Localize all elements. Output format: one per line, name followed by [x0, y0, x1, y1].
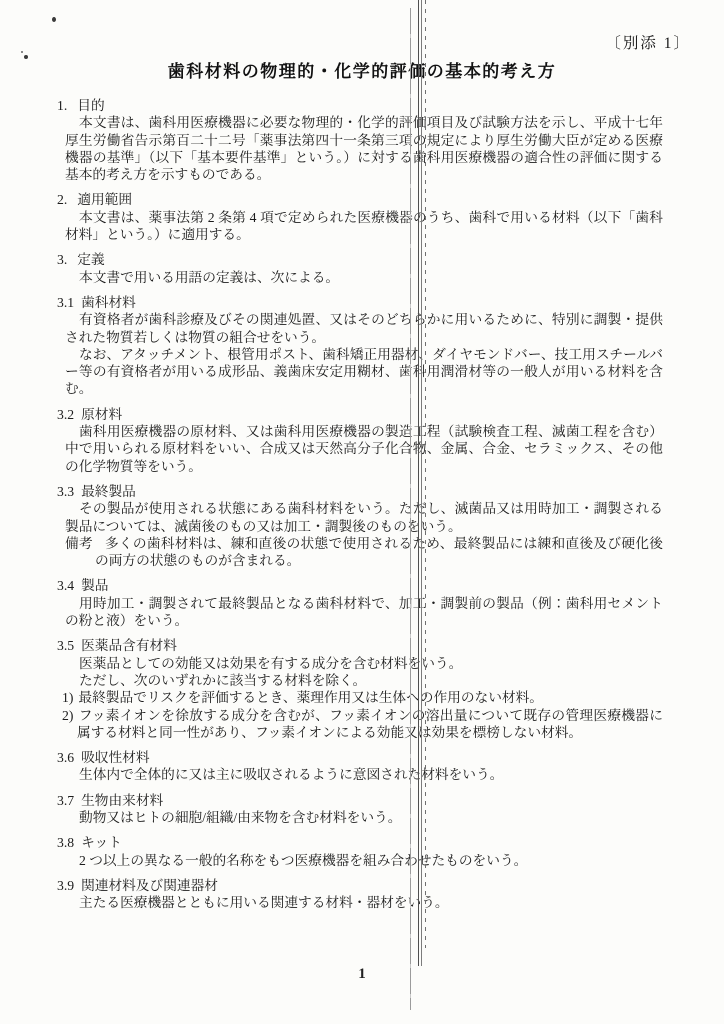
section-heading: 3.1歯科材料 [57, 294, 663, 311]
list-item-number: 2) [62, 708, 73, 723]
note-paragraph: 備考多くの歯科材料は、練和直後の状態で使用されるため、最終製品には練和直後及び硬… [65, 535, 663, 570]
section-number: 3.4 [57, 578, 74, 593]
section-3-4-product: 3.4製品 用時加工・調製されて最終製品となる歯科材料で、加工・調製前の製品（例… [57, 569, 663, 629]
list-item-text: 最終製品でリスクを評価するとき、薬理作用又は生体への作用のない材料。 [78, 690, 543, 705]
attachment-tag: 〔別添 1〕 [605, 31, 691, 53]
paragraph: 有資格者が歯科診療及びその関連処置、又はそのどちらかに用いるために、特別に調製・… [65, 311, 663, 346]
section-heading: 3.4製品 [57, 577, 663, 594]
paragraph: 用時加工・調製されて最終製品となる歯科材料で、加工・調製前の製品（例：歯科用セメ… [65, 595, 663, 630]
list-item-number: 1) [62, 690, 73, 705]
section-title: 原材料 [81, 407, 122, 422]
section-1-purpose: 1.目的 本文書は、歯科用医療機器に必要な物理的・化学的評価項目及び試験方法を示… [57, 97, 663, 183]
paragraph: 主たる医療機器とともに用いる関連する材料・器材をいう。 [65, 894, 663, 911]
scan-speck [24, 55, 28, 59]
section-title: 製品 [81, 578, 108, 593]
section-heading: 1.目的 [57, 97, 663, 114]
document-page: 〔別添 1〕 歯科材料の物理的・化学的評価の基本的考え方 1.目的 本文書は、歯… [0, 0, 724, 1024]
section-heading: 3.7生物由来材料 [57, 792, 663, 809]
paragraph: 動物又はヒトの細胞/組織/由来物を含む材料をいう。 [65, 809, 663, 826]
section-heading: 2.適用範囲 [57, 191, 663, 208]
section-3-5-drug-containing-materials: 3.5医薬品含有材料 医薬品としての効能又は効果を有する成分を含む材料をいう。 … [57, 629, 663, 741]
section-title: 最終製品 [81, 484, 136, 499]
section-number: 3.8 [57, 835, 74, 850]
section-3-1-dental-materials: 3.1歯科材料 有資格者が歯科診療及びその関連処置、又はそのどちらかに用いるため… [57, 286, 663, 398]
section-heading: 3.8キット [57, 834, 663, 851]
paragraph: 医薬品としての効能又は効果を有する成分を含む材料をいう。 [65, 655, 663, 672]
section-number: 3.9 [57, 878, 74, 893]
paragraph: その製品が使用される状態にある歯科材料をいう。ただし、滅菌品又は用時加工・調製さ… [65, 500, 663, 535]
section-number: 3.1 [57, 295, 74, 310]
section-title: 生物由来材料 [81, 793, 163, 808]
paragraph: 本文書で用いる用語の定義は、次による。 [65, 269, 663, 286]
section-title: 定義 [77, 252, 104, 267]
section-3-definitions: 3.定義 本文書で用いる用語の定義は、次による。 [57, 243, 663, 286]
note-label: 備考 [65, 536, 93, 551]
paragraph: 歯科用医療機器の原材料、又は歯科用医療機器の製造工程（試験検査工程、滅菌工程を含… [65, 423, 663, 475]
section-heading: 3.2原材料 [57, 406, 663, 423]
scan-fold-line-dotted [425, 0, 426, 948]
document-title: 歯科材料の物理的・化学的評価の基本的考え方 [0, 57, 724, 82]
paragraph: 本文書は、薬事法第 2 条第 4 項で定められた医療機器のうち、歯科で用いる材料… [65, 209, 663, 244]
scan-fold-line [410, 8, 411, 1010]
section-3-9-related-materials: 3.9関連材料及び関連器材 主たる医療機器とともに用いる関連する材料・器材をいう… [57, 869, 663, 912]
section-3-2-raw-materials: 3.2原材料 歯科用医療機器の原材料、又は歯科用医療機器の製造工程（試験検査工程… [57, 398, 663, 475]
section-number: 3.2 [57, 407, 74, 422]
section-heading: 3.3最終製品 [57, 483, 663, 500]
section-number: 3. [57, 252, 67, 267]
section-number: 3.5 [57, 638, 74, 653]
scan-speck [52, 17, 56, 22]
scan-speck [21, 51, 23, 53]
section-title: キット [81, 835, 122, 850]
section-title: 医薬品含有材料 [81, 638, 177, 653]
list-item: 1)最終製品でリスクを評価するとき、薬理作用又は生体への作用のない材料。 [62, 689, 663, 706]
document-body: 1.目的 本文書は、歯科用医療機器に必要な物理的・化学的評価項目及び試験方法を示… [57, 97, 663, 911]
section-title: 適用範囲 [77, 192, 132, 207]
section-title: 関連材料及び関連器材 [81, 878, 218, 893]
list-item: 2)フッ素イオンを徐放する成分を含むが、フッ素イオンの溶出量について既存の管理医… [62, 707, 663, 742]
section-title: 目的 [77, 98, 104, 113]
section-heading: 3.定義 [57, 251, 663, 268]
section-heading: 3.6吸収性材料 [57, 749, 663, 766]
section-heading: 3.5医薬品含有材料 [57, 637, 663, 654]
section-number: 3.7 [57, 793, 74, 808]
paragraph: ただし、次のいずれかに該当する材料を除く。 [65, 672, 663, 689]
section-2-scope: 2.適用範囲 本文書は、薬事法第 2 条第 4 項で定められた医療機器のうち、歯… [57, 183, 663, 243]
note-text: 多くの歯科材料は、練和直後の状態で使用されるため、最終製品には練和直後及び硬化後… [95, 536, 663, 568]
paragraph: なお、アタッチメント、根管用ポスト、歯科矯正用器材、ダイヤモンドバー、技工用スチ… [65, 346, 663, 398]
section-number: 1. [57, 98, 67, 113]
section-3-6-absorbable-materials: 3.6吸収性材料 生体内で全体的に又は主に吸収されるように意図された材料をいう。 [57, 741, 663, 784]
section-number: 2. [57, 192, 67, 207]
scan-fold-line [418, 0, 419, 966]
section-3-7-biologically-derived-materials: 3.7生物由来材料 動物又はヒトの細胞/組織/由来物を含む材料をいう。 [57, 784, 663, 827]
paragraph: 2 つ以上の異なる一般的名称をもつ医療機器を組み合わせたものをいう。 [65, 852, 663, 869]
section-number: 3.3 [57, 484, 74, 499]
section-heading: 3.9関連材料及び関連器材 [57, 877, 663, 894]
paragraph: 生体内で全体的に又は主に吸収されるように意図された材料をいう。 [65, 766, 663, 783]
paragraph: 本文書は、歯科用医療機器に必要な物理的・化学的評価項目及び試験方法を示し、平成十… [65, 114, 663, 183]
list-item-text: フッ素イオンを徐放する成分を含むが、フッ素イオンの溶出量について既存の管理医療機… [77, 708, 663, 740]
scan-fold-line [421, 0, 422, 966]
section-3-3-final-product: 3.3最終製品 その製品が使用される状態にある歯科材料をいう。ただし、滅菌品又は… [57, 475, 663, 569]
section-title: 吸収性材料 [81, 750, 149, 765]
section-number: 3.6 [57, 750, 74, 765]
section-title: 歯科材料 [81, 295, 136, 310]
page-number: 1 [0, 966, 724, 983]
section-3-8-kit: 3.8キット 2 つ以上の異なる一般的名称をもつ医療機器を組み合わせたものをいう… [57, 826, 663, 869]
